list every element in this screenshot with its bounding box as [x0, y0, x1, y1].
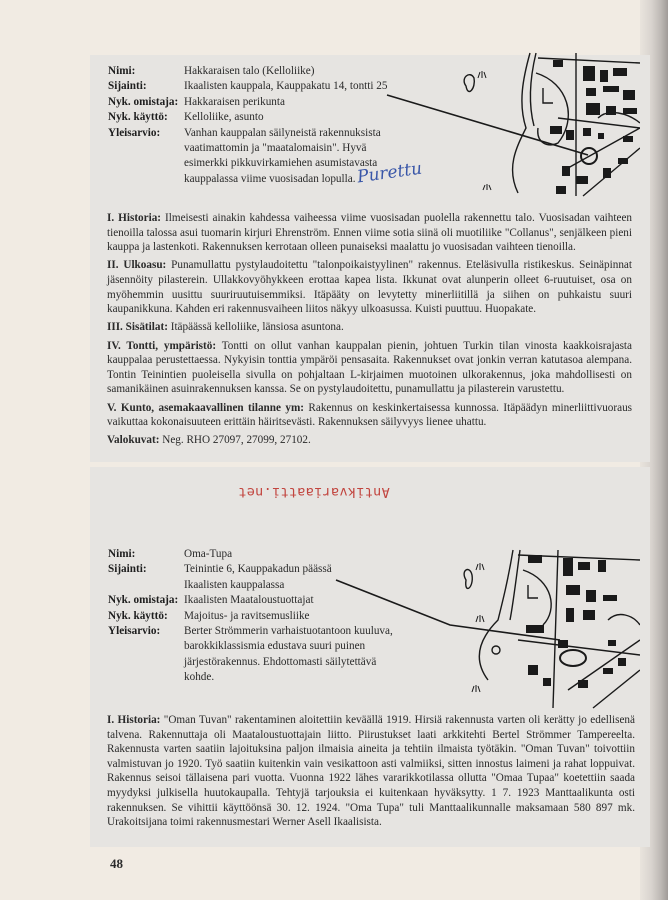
value-line: Berter Strömmerin varhaistuotantoon kuul…: [184, 624, 414, 639]
field-label: Nimi:: [108, 64, 184, 79]
value-line: barokkiklassismia edustava suuri puinen: [184, 639, 414, 654]
field-label: Yleisarvio:: [108, 126, 184, 188]
section-text: "Oman Tuvan" rakentaminen aloitettiin ke…: [107, 714, 635, 828]
section-label: Valokuvat:: [107, 434, 159, 446]
section-ulkoasu: II. Ulkoasu: Punamullattu pystylaudoitet…: [107, 258, 632, 316]
field-omistaja: Nyk. omistaja: Ikaalisten Maataloustuott…: [108, 593, 414, 608]
section-label: V. Kunto, asemakaavallinen tilanne ym:: [107, 402, 304, 414]
value-line: järjestörakennus. Ehdottomasti säilytett…: [184, 655, 414, 670]
entry-2-description: I. Historia: "Oman Tuvan" rakentaminen a…: [107, 713, 635, 833]
watermark: Antikvariaatti.net: [238, 484, 390, 500]
section-tontti: IV. Tontti, ympäristö: Tontti on ollut v…: [107, 339, 632, 397]
field-value: Majoitus- ja ravitsemusliike: [184, 609, 414, 624]
field-kaytto: Nyk. käyttö: Kelloliike, asunto: [108, 110, 464, 125]
field-sijainti: Sijainti: Ikaalisten kauppala, Kauppakat…: [108, 79, 464, 94]
field-label: Yleisarvio:: [108, 624, 184, 686]
field-value: Ikaalisten kauppala, Kauppakatu 14, tont…: [184, 79, 464, 94]
section-text: Neg. RHO 27097, 27099, 27102.: [162, 434, 311, 446]
page-number: 48: [110, 856, 123, 872]
section-historia: I. Historia: Ilmeisesti ainakin kahdessa…: [107, 211, 632, 255]
value-line: vaatimattomin ja "maatalomaisin". Hyvä: [184, 141, 414, 156]
section-label: I. Historia:: [107, 714, 160, 726]
value-line: Teinintie 6, Kauppakadun päässä: [184, 562, 414, 577]
section-historia: I. Historia: "Oman Tuvan" rakentaminen a…: [107, 713, 635, 830]
field-kaytto: Nyk. käyttö: Majoitus- ja ravitsemusliik…: [108, 609, 414, 624]
field-label: Nyk. omistaja:: [108, 95, 184, 110]
field-label: Nyk. käyttö:: [108, 609, 184, 624]
field-value: Teinintie 6, Kauppakadun päässä Ikaalist…: [184, 562, 414, 593]
field-value: Berter Strömmerin varhaistuotantoon kuul…: [184, 624, 414, 686]
field-label: Nyk. omistaja:: [108, 593, 184, 608]
value-line: Ikaalisten kauppalassa: [184, 578, 414, 593]
town-map-1: [458, 48, 640, 198]
field-label: Nyk. käyttö:: [108, 110, 184, 125]
entry-1-description: I. Historia: Ilmeisesti ainakin kahdessa…: [107, 211, 632, 451]
field-label: Nimi:: [108, 547, 184, 562]
field-omistaja: Nyk. omistaja: Hakkaraisen perikunta: [108, 95, 464, 110]
field-value: Kelloliike, asunto: [184, 110, 414, 125]
value-line: kohde.: [184, 670, 414, 685]
field-yleisarvio: Yleisarvio: Berter Strömmerin varhaistuo…: [108, 624, 414, 686]
section-sisatilat: III. Sisätilat: Itäpäässä kelloliike, lä…: [107, 320, 632, 335]
section-label: III. Sisätilat:: [107, 321, 168, 333]
field-value: Hakkaraisen talo (Kelloliike): [184, 64, 414, 79]
value-line: Vanhan kauppalan säilyneistä rakennuksis…: [184, 126, 414, 141]
field-label: Sijainti:: [108, 79, 184, 94]
entry-2-info: Nimi: Oma-Tupa Sijainti: Teinintie 6, Ka…: [108, 547, 414, 686]
section-label: IV. Tontti, ympäristö:: [107, 340, 216, 352]
field-nimi: Nimi: Hakkaraisen talo (Kelloliike): [108, 64, 464, 79]
section-kunto: V. Kunto, asemakaavallinen tilanne ym: R…: [107, 401, 632, 430]
section-text: Punamullattu pystylaudoitettu "talonpoik…: [107, 259, 632, 315]
section-valokuvat: Valokuvat: Neg. RHO 27097, 27099, 27102.: [107, 433, 632, 448]
field-nimi: Nimi: Oma-Tupa: [108, 547, 414, 562]
section-label: II. Ulkoasu:: [107, 259, 166, 271]
section-text: Ilmeisesti ainakin kahdessa vaiheessa vi…: [107, 212, 632, 253]
field-value: Oma-Tupa: [184, 547, 414, 562]
town-map-2: [458, 540, 640, 710]
field-value: Hakkaraisen perikunta: [184, 95, 414, 110]
section-label: I. Historia:: [107, 212, 161, 224]
section-text: Itäpäässä kelloliike, länsiosa asuntona.: [171, 321, 344, 333]
field-sijainti: Sijainti: Teinintie 6, Kauppakadun pääss…: [108, 562, 414, 593]
field-label: Sijainti:: [108, 562, 184, 593]
field-value: Ikaalisten Maataloustuottajat: [184, 593, 414, 608]
